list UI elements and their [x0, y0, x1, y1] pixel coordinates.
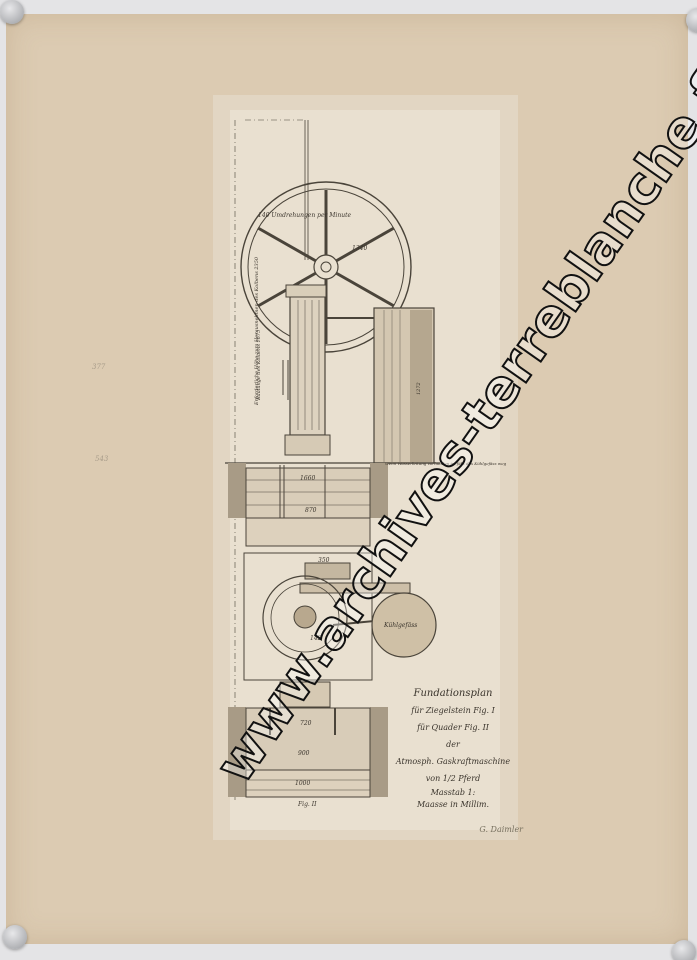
fig2-dim-1000: 1000	[295, 780, 310, 787]
title-line-2: für Quader Fig. II	[383, 719, 523, 736]
plan-dim-350: 350	[318, 557, 330, 564]
engine-drawing: 140 Umdrehungen per Minute 1340 Erforder…	[0, 0, 697, 960]
flywheel-speed-label: 140 Umdrehungen per Minute	[258, 212, 351, 219]
fig2-dim-900: 900	[298, 750, 310, 757]
title-scale: Masstab 1:	[383, 787, 523, 799]
title-line-3: der	[383, 736, 523, 753]
signature: G. Daimler	[383, 821, 523, 838]
foundation-dim-1: 1660	[300, 475, 315, 482]
title-line-5: von 1/2 Pferd	[383, 770, 523, 787]
title-units: Maasse in Millim.	[383, 799, 523, 811]
title-heading: Fundationsplan	[383, 685, 523, 702]
cooling-tank	[374, 308, 434, 463]
engine-column	[283, 285, 375, 455]
title-line-1: für Ziegelstein Fig. I	[383, 702, 523, 719]
cooling-vessel-label: Kühlgefäss	[383, 622, 417, 629]
tank-height-dim: 1272	[416, 382, 422, 395]
fig2-label: Fig. II	[297, 801, 317, 808]
vertical-label-piston-length: Baulänge des Kolbens 1675	[256, 330, 262, 401]
title-line-4: Atmosph. Gaskraftmaschine	[383, 753, 523, 770]
flywheel-dim: 1340	[352, 245, 367, 252]
title-block: Fundationsplan für Ziegelstein Fig. I fü…	[383, 685, 523, 838]
foundation-dim-3: 870	[305, 507, 317, 514]
